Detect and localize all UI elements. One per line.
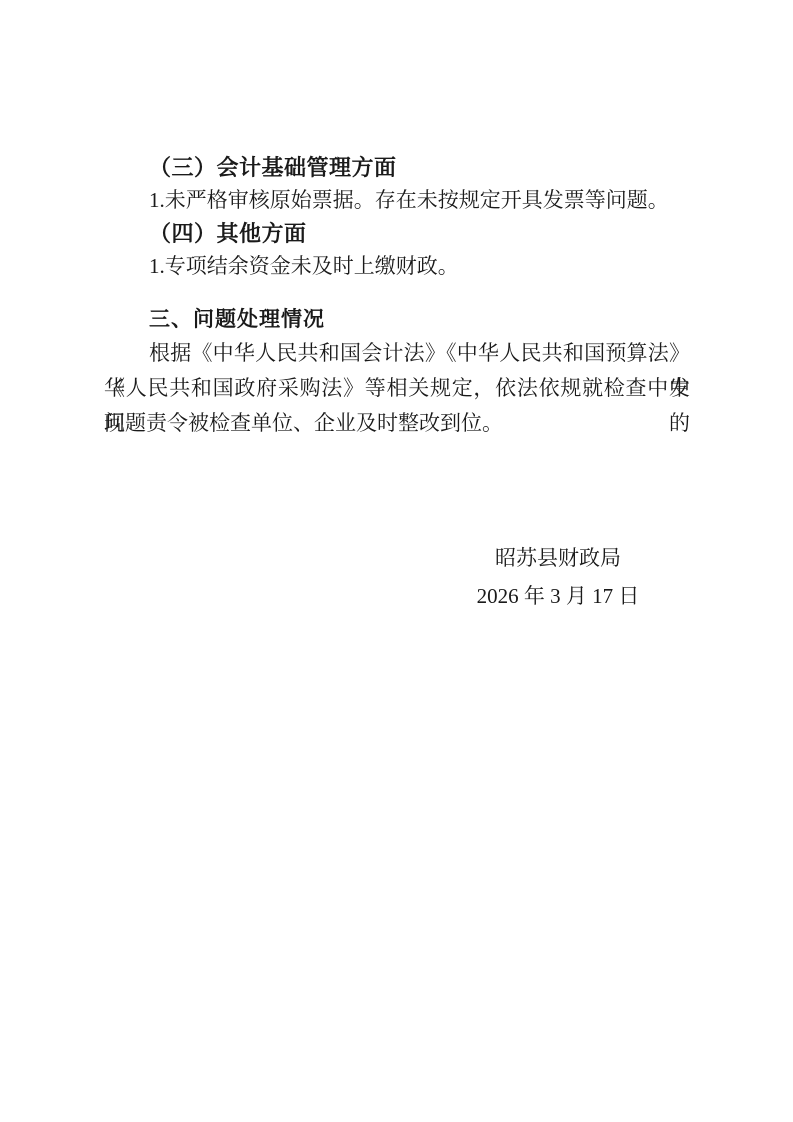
subsection-heading-4-other: （四）其他方面: [104, 217, 690, 250]
signature-block: 昭苏县财政局 2026 年 3 月 17 日: [458, 539, 658, 615]
signature-organization: 昭苏县财政局: [458, 539, 658, 577]
finding-item-accounting-1: 1.未严格审核原始票据。存在未按规定开具发票等问题。: [104, 184, 690, 217]
paragraph-line: 华人民共和国政府采购法》等相关规定，依法依规就检查中发现的: [104, 371, 690, 406]
subsection-heading-3-accounting-management: （三）会计基础管理方面: [104, 151, 690, 184]
handling-paragraph: 根据《中华人民共和国会计法》《中华人民共和国预算法》《中 华人民共和国政府采购法…: [104, 336, 690, 441]
document-content: （三）会计基础管理方面 1.未严格审核原始票据。存在未按规定开具发票等问题。 （…: [104, 151, 690, 615]
signature-date: 2026 年 3 月 17 日: [458, 577, 658, 615]
document-page: （三）会计基础管理方面 1.未严格审核原始票据。存在未按规定开具发票等问题。 （…: [0, 0, 793, 1122]
section-heading-problem-handling: 三、问题处理情况: [104, 303, 690, 336]
finding-item-other-1: 1.专项结余资金未及时上缴财政。: [104, 250, 690, 283]
paragraph-line: 根据《中华人民共和国会计法》《中华人民共和国预算法》《中: [104, 336, 690, 371]
